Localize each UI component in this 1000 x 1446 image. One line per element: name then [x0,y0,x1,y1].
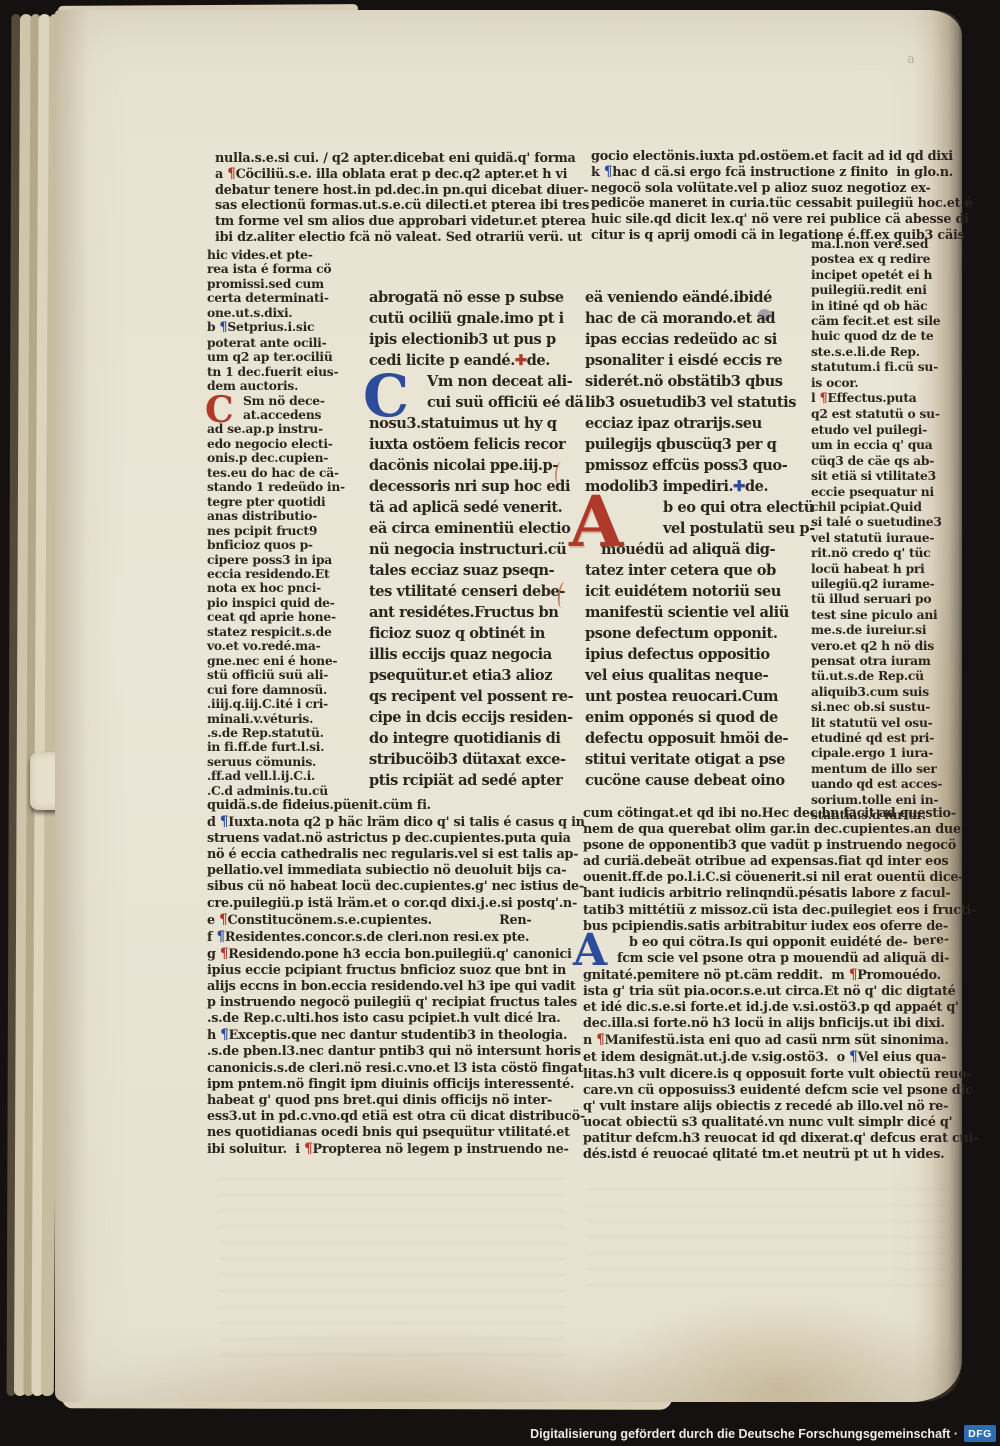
gloss-top-left: nulla.s.e.si cui. / q2 apter.dicebat eni… [215,151,555,246]
text-line: puilegiü.redit eni [811,282,949,297]
manuscript-page: a nulla.s.e.si cui. / q2 apter.dicebat e… [55,10,962,1402]
folio-mark: a [907,52,915,67]
drop-cap-initial: A [569,487,623,557]
text-line: stando 1 redeüdo in- [207,480,361,494]
text-line: tatib3 mittétiü z missoz.cü ista dec.pui… [583,903,965,919]
text-line: ma.l.non vere.sed [811,236,949,251]
digitization-credit: Digitalisierung gefördert durch die Deut… [530,1425,996,1442]
text-line: .s.de Rep.statutü. [207,726,361,740]
text-line: uando qd est acces- [811,776,949,791]
dfg-logo-icon: DFG [964,1425,996,1442]
text-line: fcm scie vel psone otra p mouendü ad ali… [617,951,965,967]
text-line: huic sile.qd dicit lex.q' nö vere rei pu… [591,212,939,228]
text-line: decessoris nri sup hoc edi [369,476,553,497]
text-line: test sine piculo ani [811,607,949,622]
text-line: .s.de Rep.c.ulti.hos isto casu pcipiet.h… [207,1011,583,1027]
text-line: vel statutü iuraue- [811,530,949,545]
text-line: in itiné qd ob häc [811,298,949,313]
text-line: psone defectum opponit. [585,623,779,644]
text-line: bus pcipiendis.satis arbitrabitur iudex … [583,919,965,935]
text-line: lib3 osuetudib3 vel statutis [585,392,779,413]
text-line: certa determinati- [207,291,361,305]
text-line: onis.p dec.cupien- [207,451,361,465]
gloss-lower-right: cum cötingat.et qd ibi no.Hec dec.bn fac… [583,806,965,1163]
text-line: a ¶Cöciliü.s.e. illa oblata erat p dec.q… [215,167,555,183]
text-line: mentum de illo ser [811,761,949,776]
text-line: ceat qd aprie hone- [207,610,361,624]
text-line: etudo vel puilegi- [811,422,949,437]
text-line: gnitaté.pemitere nö pt.cäm reddit. m ¶Pr… [583,967,965,984]
text-line: gne.nec eni é hone- [207,654,361,668]
text-line: h ¶Exceptis.que nec dantur studentib3 in… [207,1027,583,1044]
text-line: eä veniendo eändé.ibidé [585,287,779,308]
text-line: cäm fecit.et est sile [811,313,949,328]
text-line: one.ut.s.dixi. [207,306,361,320]
text-line: in fi.ff.de furt.l.si. [207,740,361,754]
text-line: k ¶hac d cä.si ergo fcä instructione z f… [591,165,939,181]
text-line: pellatio.vel immediata subiectio nö deuo… [207,863,583,879]
commentary-column-right: ma.l.non vere.sedpostea ex q redireincip… [811,236,949,822]
text-line: b ¶Setprius.i.sic [207,320,361,335]
text-line: tes vtilitaté censeri debe- [369,581,553,602]
text-line: ista g' tria süt pia.ocor.s.e.ut circa.E… [583,984,965,1000]
text-line: .C.d adminis.tu.cü [207,784,361,798]
text-line: ecciaz ipaz otrarijs.seu [585,413,779,434]
text-line: hic vides.et pte- [207,248,361,262]
text-line: eccie psequatur ni [811,484,949,499]
text-line: puilegijs qbuscüq3 per q [585,434,779,455]
text-line: locü habeat h pri [811,561,949,576]
text-line: siderét.nö obstätib3 qbus [585,371,779,392]
text-line: etudiné qd est pri- [811,730,949,745]
ink-showthrough [220,1178,565,1363]
text-line: lit statutü vel osu- [811,715,949,730]
gloss-top-right: gocio electönis.iuxta pd.ostöem.et facit… [591,149,939,244]
text-line: ptis rcipiät ad sedé apter [369,770,553,791]
text-line: statez respicit.s.de [207,625,361,639]
text-line: manifestü scientie vel aliü [585,602,779,623]
text-line: mouédü ad aliquä dig- [601,539,779,560]
text-line: debatur tenere host.in pd.dec.in pn.qui … [215,183,555,199]
text-line: cipe in dcis eccijs residen- [369,707,553,728]
text-line: cucöne cause debeat oino [585,770,779,791]
text-line: pio inspici quid de- [207,596,361,610]
text-line: tales ecciaz suaz pseqn- [369,560,553,581]
text-line: ipm pntem.nö fingit ipm diuinis officijs… [207,1077,583,1093]
text-line: tü illud seruari po [811,591,949,606]
text-line: edo negocio electi- [207,437,361,451]
drop-cap-initial: A [573,929,607,973]
text-line: ste.s.e.li.de Rep. [811,344,949,359]
text-line: defectu opposuit hmöi de- [585,728,779,749]
text-line: chil pcipiat.Quid [811,499,949,514]
text-line: do integre quotidianis di [369,728,553,749]
text-line: patitur defcm.h3 reuocat id qd dixerat.q… [583,1131,965,1147]
text-line: pmissoz effcüs poss3 quo- [585,455,779,476]
text-line: huic quod dz de te [811,328,949,343]
text-line: eccia residendo.Et [207,567,361,581]
text-line: illis eccijs quaz negocia [369,644,553,665]
text-line: vo.et vo.redé.ma- [207,639,361,653]
catchword: bere- [913,931,950,948]
text-line: sas electionü formas.ut.s.e.cü dilecti.e… [215,198,555,214]
text-line: negocö sola volütate.vel p alioz suoz ne… [591,181,939,197]
text-line: nö é eccia cathedralis nec regularis.vel… [207,847,583,863]
text-line: canonicis.s.de cleri.nö resi.c.vno.et l3… [207,1061,583,1077]
text-line: abrogatä nö esse p subse [369,287,553,308]
text-line: ad curiä.debeät otribue ad expensas.fiat… [583,854,965,870]
text-line: pedicöe maneret in curia.tüc cessabit pu… [591,196,939,212]
text-line: si.nec ob.si sustu- [811,699,949,714]
text-line: eä circa eminentiü electio [369,518,553,539]
text-line: f ¶Residentes.concor.s.de cleri.non resi… [207,929,583,946]
text-line: poterat ante ocili- [207,336,361,350]
text-line: litas.h3 vult dicere.is q opposuit forte… [583,1067,965,1083]
text-line: vel eius qualitas neque- [585,665,779,686]
text-line: tä ad aplicä sedé venerit. [369,497,553,518]
text-line: sibus cü nö habeat locü dec.cupientes.g'… [207,879,583,895]
text-line: ipis electionib3 ut pus p [369,329,553,350]
text-line: bnficioz quos p- [207,538,361,552]
text-line: psone de opponentib3 que vadüt p instrue… [583,838,965,854]
text-line: ibi dz.aliter electio fcä nö valeat. Sed… [215,230,555,246]
text-line: promissi.sed cum [207,277,361,291]
text-line: stü officiü suü ali- [207,668,361,682]
text-line: anas distributio- [207,509,361,523]
text-line: b eo qui otra electü [663,497,779,518]
text-line: nes pcipit fruct9 [207,524,361,538]
text-line: uocat obiectü s3 qualitaté.vn nunc vult … [583,1115,965,1131]
text-line: et idé dic.s.e.si forte.et id.j.de v.si.… [583,1000,965,1016]
text-line: n ¶Manifestü.ista eni quo ad casü nrm sü… [583,1032,965,1049]
text-line: struens vadat.nö astrictus p dec.cupient… [207,831,583,847]
text-line: aliquib3.cum suis [811,684,949,699]
commentary-column-left: hic vides.et pte-rea ista é forma cöprom… [207,248,361,798]
text-line: qs recipent vel possent re- [369,686,553,707]
text-line: nü negocia instructuri.cü [369,539,553,560]
text-line: hac de cä morando.et ad [585,308,779,329]
text-line: dés.istd é reuocaé qlitaté tm.et neutrü … [583,1147,965,1163]
text-line: incipet opetét ei h [811,267,949,282]
text-line: stitui veritate otigat a pse [585,749,779,770]
text-line: nes quotidianas ocedi bnis qui psequütur… [207,1125,583,1141]
text-line: postea ex q redire [811,251,949,266]
main-text-column-1: abrogatä nö esse p subsecutü ociliü gnal… [369,287,553,791]
text-line: statutum.i fi.cü su- [811,359,949,374]
text-line: Sm nö dece- [243,394,361,408]
text-line: psonaliter i eisdé eccis re [585,350,779,371]
text-line: ess3.ut in pd.c.vno.qd etiä est otra cü … [207,1109,583,1125]
credit-caption: Digitalisierung gefördert durch die Deut… [530,1427,958,1441]
text-line: sorium.tolle eni in- [811,792,949,807]
text-line: stribucöib3 dütaxat exce- [369,749,553,770]
text-line: ficioz suoz q obtinét in [369,623,553,644]
gloss-lower-left: quidä.s.de fideius.püenit.cüm fi.d ¶Iuxt… [207,798,583,1158]
text-line: vel postulatü seu p- [663,518,779,539]
text-line: ipius eccie pcipiant fructus bnficioz su… [207,963,583,979]
text-line: .s.de pben.l3.nec dantur pntib3 qui nö i… [207,1044,583,1060]
text-line: minali.v.véturis. [207,712,361,726]
text-line: cipale.ergo 1 iura- [811,745,949,760]
text-line: unt postea reuocari.Cum [585,686,779,707]
text-line: et idem designät.ut.j.de v.sig.ostö3. o … [583,1049,965,1066]
text-line: cre.puilegiü.p istä lräm.et o cor.qd dix… [207,896,583,912]
text-line: enim opponés si quod de [585,707,779,728]
text-line: e ¶Constitucönem.s.e.cupientes. Ren- [207,912,583,929]
text-line: gocio electönis.iuxta pd.ostöem.et facit… [591,149,939,165]
text-line: tn 1 dec.fuerit eius- [207,365,361,379]
text-line: dec.illa.si forte.nö h3 locü in alijs bn… [583,1016,965,1032]
text-line: bant iudicis arbitrio relinqndü.pésatis … [583,886,965,902]
text-line: .iiij.q.iij.C.ité i cri- [207,697,361,711]
text-line: tegre pter quotidi [207,495,361,509]
text-line: habeat g' quod pns bret.qui dinis offici… [207,1093,583,1109]
text-line: cui suü officiü eé dä [427,392,553,413]
text-line: cutü ociliü gnale.imo pt i [369,308,553,329]
text-line: alijs eccns in bon.eccia residendo.vel h… [207,979,583,995]
text-line: dacönis nicolai ppe.iij.p- [369,455,553,476]
ink-showthrough [587,1188,947,1298]
text-line: tü.ut.s.de Rep.cü [811,668,949,683]
text-line: cüq3 de cäe qs ab- [811,453,949,468]
text-line: me.s.de iureiur.si [811,622,949,637]
text-line: d ¶Iuxta.nota q2 p häc lräm dico q' si t… [207,814,583,831]
text-line: nulla.s.e.si cui. / q2 apter.dicebat eni… [215,151,555,167]
text-line: rit.nö credo q' tüc [811,545,949,560]
text-line: p instruendo negocö puilegiü q' recipiat… [207,995,583,1011]
text-line: sit etiä si vtilitate3 [811,468,949,483]
text-line: iuxta ostöem felicis recor [369,434,553,455]
text-line: q2 est statutü o su- [811,406,949,421]
text-line: cui fore damnosü. [207,683,361,697]
text-line: um in eccia q' qua [811,437,949,452]
text-line: nota ex hoc pnci- [207,581,361,595]
text-line: psequütur.et etia3 alioz [369,665,553,686]
text-line: g ¶Residendo.pone h3 eccia bon.puilegiü.… [207,946,583,963]
text-line: quidä.s.de fideius.püenit.cüm fi. [207,798,583,814]
text-line: seruus cömunis. [207,755,361,769]
text-line: ibi soluitur. i ¶Propterea nö legem p in… [207,1141,583,1158]
main-text-column-2: eä veniendo eändé.ibidéhac de cä morando… [585,287,779,791]
text-line: si talé o suetudine3 [811,514,949,529]
text-line: icit euidétem notoriü seu [585,581,779,602]
text-line: q' vult instare alijs obiectis z recedé … [583,1099,965,1115]
text-line: ipius defectus oppositio [585,644,779,665]
text-line: tatez inter cetera que ob [585,560,779,581]
text-line: at.accedens [243,408,361,422]
text-line: cipere poss3 in ipa [207,553,361,567]
text-line: nem de qua querebat olim gar.in dec.cupi… [583,822,965,838]
text-line: rea ista é forma cö [207,262,361,276]
text-line: ant residétes.Fructus bn [369,602,553,623]
drop-cap-initial: C [205,392,233,428]
text-line: is ocor. [811,375,949,390]
text-line: Vm non deceat ali- [427,371,553,392]
text-line: pensat otra iuram [811,653,949,668]
drop-cap-initial: C [363,367,409,425]
text-line: .ff.ad vell.l.ij.C.i. [207,769,361,783]
text-line: uilegiü.q2 iurame- [811,576,949,591]
text-line: um q2 ap ter.ociliü [207,350,361,364]
text-line: tm forme vel sm alios due approbari vide… [215,214,555,230]
text-line: ipas eccias redeüdo ac si [585,329,779,350]
text-line: tes.eu do hac de cä- [207,466,361,480]
text-line: ouenit.ff.de po.l.i.C.si cöuenerit.si ni… [583,870,965,886]
text-line: vero.et q2 h nö dis [811,638,949,653]
text-line: l ¶Effectus.puta [811,390,949,406]
text-line: care.vn cü opposuiss3 euidenté defcm sci… [583,1083,965,1099]
text-line: cum cötingat.et qd ibi no.Hec dec.bn fac… [583,806,965,822]
